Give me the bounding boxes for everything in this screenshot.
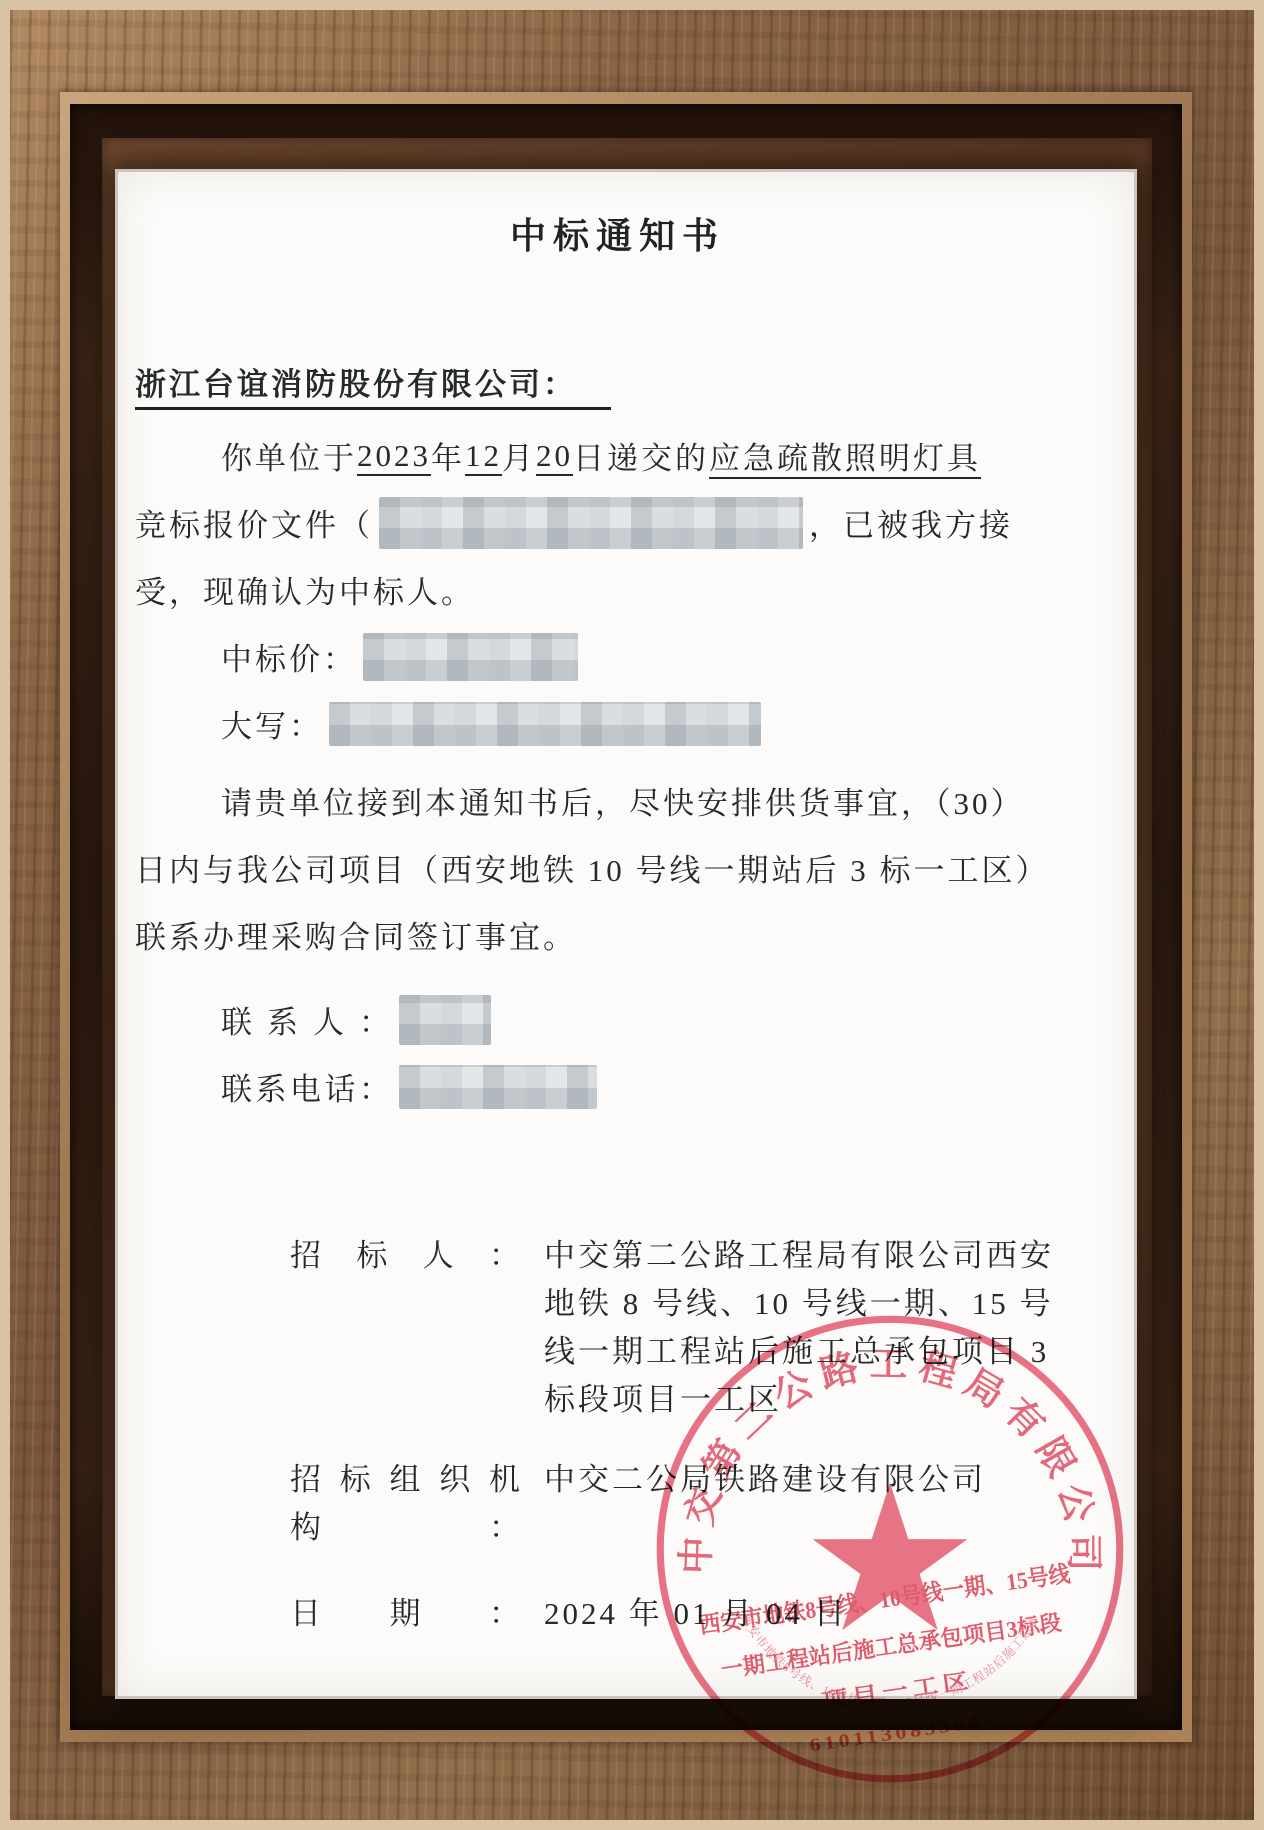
- contact-phone-line: 联系电话：: [135, 1053, 1100, 1120]
- contact-phone-label: 联系电话：: [221, 1064, 393, 1109]
- award-price-label: 中标价：: [221, 634, 357, 679]
- p1-text: 你单位于: [221, 433, 357, 478]
- award-notice-screenshot: { "doc": { "title": "中标通知书", "addressee"…: [0, 0, 1264, 1830]
- bidder-row: 招标人： 中交第二公路工程局有限公司西安 地铁 8 号线、10 号线一期、15 …: [290, 1232, 1100, 1424]
- p1-month-underlined: 12: [465, 438, 502, 474]
- bidder-value: 中交第二公路工程局有限公司西安 地铁 8 号线、10 号线一期、15 号 线一期…: [544, 1232, 1054, 1424]
- tender-organizer-label: 招标组织机构：: [290, 1456, 523, 1552]
- p1-day-underlined: 20: [536, 438, 573, 474]
- signature-block: 招标人： 中交第二公路工程局有限公司西安 地铁 8 号线、10 号线一期、15 …: [290, 1232, 1100, 1638]
- date-value: 2024 年 01 月 04 日: [544, 1590, 848, 1638]
- paragraph2-line1: 请贵单位接到本通知书后，尽快安排供货事宜，（30）: [135, 767, 1100, 834]
- document-title: 中标通知书: [135, 208, 1100, 259]
- p1-item-underlined: 应急疏散照明灯具: [709, 433, 981, 478]
- p2-text: 请贵单位接到本通知书后，尽快安排供货事宜，（30）: [221, 778, 1025, 823]
- paragraph2-line3: 联系办理采购合同签订事宜。: [135, 901, 1100, 968]
- bidder-value-line: 地铁 8 号线、10 号线一期、15 号: [544, 1280, 1054, 1328]
- price-in-words-label: 大写：: [221, 701, 323, 746]
- p1-text: 受，现确认为中标人。: [135, 567, 475, 612]
- redacted-contact-person: [399, 995, 491, 1045]
- p1-year-underlined: 2023: [357, 438, 431, 474]
- p2-text: 联系办理采购合同签订事宜。: [135, 912, 577, 957]
- bidder-label: 招标人：: [290, 1232, 523, 1280]
- redacted-contact-phone: [399, 1065, 597, 1109]
- paragraph1-line3: 受，现确认为中标人。: [135, 556, 1100, 623]
- tender-organizer-value: 中交二公局铁路建设有限公司: [544, 1456, 986, 1504]
- paragraph2-line2: 日内与我公司项目（西安地铁 10 号线一期站后 3 标一工区）: [135, 834, 1100, 901]
- p1-text: 日递交的: [573, 433, 709, 478]
- tender-organizer-row: 招标组织机构： 中交二公局铁路建设有限公司: [290, 1456, 1100, 1552]
- date-label: 日期：: [290, 1590, 523, 1638]
- price-in-words-line: 大写：: [135, 690, 1100, 757]
- document-content: 中标通知书 浙江台谊消防股份有限公司： 你单位于 2023 年 12 月 20 …: [118, 172, 1134, 1696]
- contact-person-line: 联系人：: [135, 986, 1100, 1053]
- redacted-award-price: [363, 633, 578, 681]
- p1-text: 月: [502, 433, 536, 478]
- bidder-value-line: 标段项目一工区: [544, 1376, 1054, 1424]
- date-row: 日期： 2024 年 01 月 04 日: [290, 1590, 1100, 1638]
- paragraph1-line2: 竞标报价文件（，已被我方接: [135, 489, 1100, 556]
- p1-text: 年: [431, 433, 465, 478]
- addressee-line: 浙江台谊消防股份有限公司：: [135, 359, 1100, 404]
- paragraph1-line1: 你单位于 2023 年 12 月 20 日递交的应急疏散照明灯具: [135, 422, 1100, 489]
- p1-text: 竞标报价文件（: [135, 500, 373, 545]
- contact-person-label: 联系人：: [221, 997, 393, 1042]
- document-page: 中标通知书 浙江台谊消防股份有限公司： 你单位于 2023 年 12 月 20 …: [118, 172, 1134, 1696]
- p2-text: 日内与我公司项目（西安地铁 10 号线一期站后 3 标一工区）: [135, 845, 1050, 890]
- p1-text: ，已被我方接: [809, 500, 1013, 545]
- redacted-price-in-words: [329, 702, 761, 746]
- bidder-value-line: 线一期工程站后施工总承包项目 3: [544, 1328, 1054, 1376]
- redacted-bid-file-number: [379, 497, 803, 549]
- award-price-line: 中标价：: [135, 623, 1100, 690]
- addressee-company: 浙江台谊消防股份有限公司：: [135, 367, 611, 410]
- bidder-value-line: 中交第二公路工程局有限公司西安: [544, 1232, 1054, 1280]
